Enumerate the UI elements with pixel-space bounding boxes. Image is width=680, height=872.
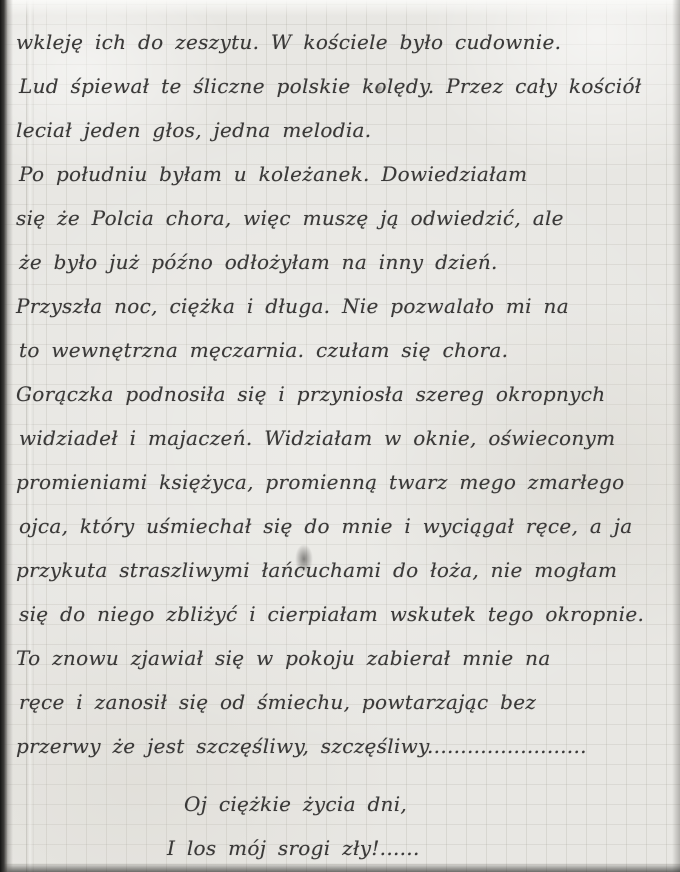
paper-speck: [374, 84, 384, 94]
scan-edge-bottom: [0, 863, 680, 872]
handwritten-text-block: wkleję ich do zeszytu. W kościele było c…: [16, 20, 676, 870]
poem-block: Oj ciężkie życia dni, I los mój srogi zł…: [16, 782, 676, 870]
handwritten-line: leciał jeden głos, jedna melodia.: [16, 108, 676, 152]
handwritten-line: ojca, który uśmiechał się do mnie i wyci…: [16, 504, 676, 548]
scanned-notebook-page: wkleję ich do zeszytu. W kościele było c…: [0, 0, 680, 872]
handwritten-line: Gorączka podnosiła się i przyniosła szer…: [16, 372, 676, 416]
handwritten-line: widziadeł i majaczeń. Widziałam w oknie,…: [16, 416, 676, 460]
handwritten-line: wkleję ich do zeszytu. W kościele było c…: [16, 20, 676, 64]
handwritten-line: Po południu byłam u koleżanek. Dowiedzia…: [16, 152, 676, 196]
handwritten-line: Przyszła noc, ciężka i długa. Nie pozwal…: [16, 284, 676, 328]
scan-edge-left: [0, 0, 13, 872]
handwritten-line: się do niego zbliżyć i cierpiałam wskute…: [16, 592, 676, 636]
handwritten-line: przerwy że jest szczęśliwy, szczęśliwy..…: [16, 724, 676, 768]
handwritten-line: ręce i zanosił się od śmiechu, powtarzaj…: [16, 680, 676, 724]
scan-edge-top: [0, 0, 680, 16]
poem-line: Oj ciężkie życia dni,: [184, 782, 676, 826]
handwritten-line: to wewnętrzna męczarnia. czułam się chor…: [16, 328, 676, 372]
handwritten-line: To znowu zjawiał się w pokoju zabierał m…: [16, 636, 676, 680]
handwritten-line: promieniami księżyca, promienną twarz me…: [16, 460, 676, 504]
handwritten-line: się że Polcia chora, więc muszę ją odwie…: [16, 196, 676, 240]
handwritten-line: Lud śpiewał te śliczne polskie kolędy. P…: [16, 64, 676, 108]
ink-smudge: [295, 544, 313, 574]
scan-edge-right: [672, 0, 680, 872]
handwritten-line: że było już późno odłożyłam na inny dzie…: [16, 240, 676, 284]
handwritten-line: przykuta straszliwymi łańcuchami do łoża…: [16, 548, 676, 592]
